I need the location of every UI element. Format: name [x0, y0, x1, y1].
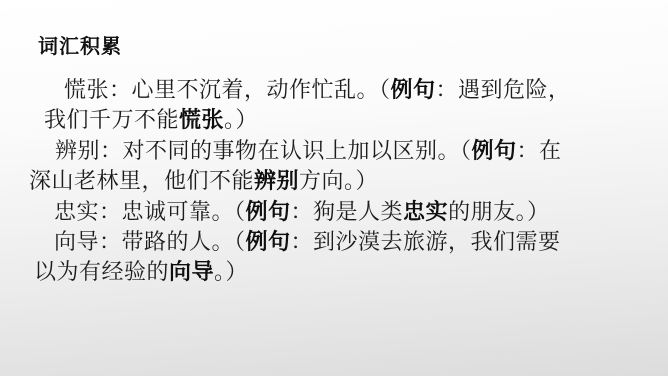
text-segment: 慌张：心里不沉着，动作忙乱。（: [64, 77, 391, 102]
vocabulary-definitions: 慌张：心里不沉着，动作忙乱。（例句：遇到危险，我们千万不能慌张。）辨别：对不同的…: [0, 75, 668, 288]
text-segment: 的朋友。）: [448, 199, 550, 224]
page-title: 词汇积累: [38, 30, 122, 59]
highlight-term: 例句: [472, 138, 517, 163]
text-segment: 向导：带路的人。（: [54, 229, 246, 254]
highlight-term: 忠实: [403, 199, 448, 224]
text-line: 以为有经验的向导。）: [0, 257, 668, 287]
text-line: 向导：带路的人。（例句：到沙漠去旅游，我们需要: [0, 227, 668, 257]
text-segment: ：狗是人类: [291, 199, 404, 224]
text-segment: ：在: [517, 138, 562, 163]
highlight-term: 向导: [169, 259, 214, 284]
text-line: 忠实：忠诚可靠。（例句：狗是人类忠实的朋友。）: [0, 197, 668, 227]
highlight-term: 辨别: [254, 168, 299, 193]
text-line: 深山老林里，他们不能辨别方向。）: [0, 166, 668, 196]
text-segment: 。）: [224, 107, 258, 132]
presentation-slide: 词汇积累 慌张：心里不沉着，动作忙乱。（例句：遇到危险，我们千万不能慌张。）辨别…: [0, 0, 668, 376]
highlight-term: 例句: [246, 229, 291, 254]
text-segment: 我们千万不能: [44, 107, 179, 132]
text-segment: 以为有经验的: [34, 259, 169, 284]
text-segment: 忠实：忠诚可靠。（: [54, 199, 246, 224]
text-segment: ：遇到危险，: [436, 77, 571, 102]
text-segment: 辨别：对不同的事物在认识上加以区别。（: [55, 138, 472, 163]
highlight-term: 例句: [391, 77, 436, 102]
text-segment: 。）: [214, 259, 248, 284]
text-segment: 深山老林里，他们不能: [29, 168, 254, 193]
highlight-term: 慌张: [179, 107, 224, 132]
text-line: 我们千万不能慌张。）: [0, 105, 668, 135]
text-segment: ：到沙漠去旅游，我们需要: [291, 229, 561, 254]
text-line: 辨别：对不同的事物在认识上加以区别。（例句：在: [0, 136, 668, 166]
text-segment: 方向。）: [299, 168, 378, 193]
highlight-term: 例句: [246, 199, 291, 224]
text-line: 慌张：心里不沉着，动作忙乱。（例句：遇到危险，: [0, 75, 668, 105]
